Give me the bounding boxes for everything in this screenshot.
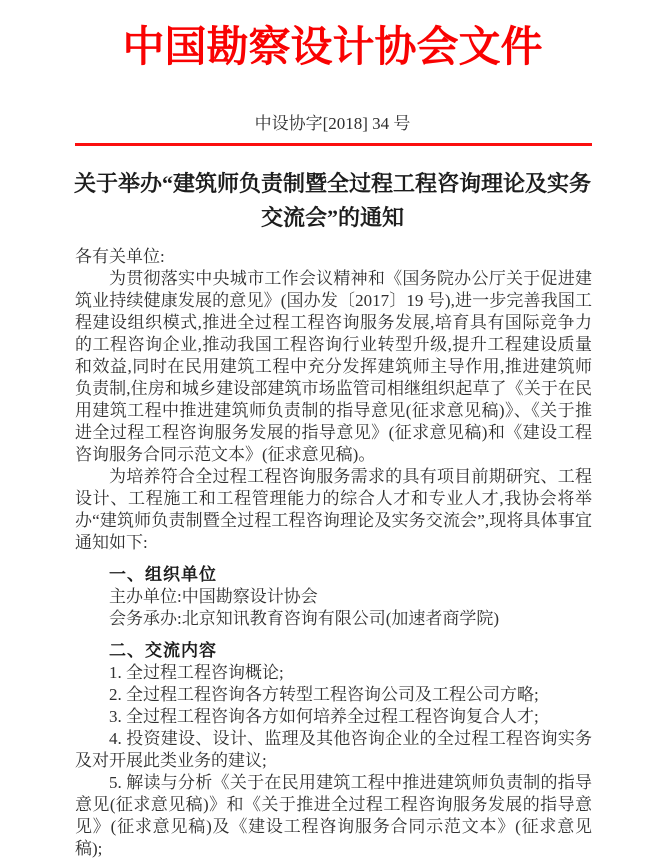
notice-title-line-2: 交流会”的通知: [40, 201, 625, 235]
document-number: 中设协字[2018] 34 号: [0, 114, 665, 134]
salutation: 各有关单位:: [75, 246, 592, 268]
content-item-3: 3. 全过程工程咨询各方如何培养全过程工程咨询复合人才;: [75, 706, 592, 728]
intro-paragraph-2: 为培养符合全过程工程咨询服务需求的具有项目前期研究、工程设计、工程施工和工程管理…: [75, 466, 592, 554]
organizer-host-line: 主办单位:中国勘察设计协会: [75, 586, 592, 608]
letterhead-title: 中国勘察设计协会文件: [0, 25, 665, 72]
notice-title: 关于举办“建筑师负责制暨全过程工程咨询理论及实务 交流会”的通知: [40, 167, 625, 235]
section-heading-contents: 二、交流内容: [75, 640, 592, 662]
content-item-4: 4. 投资建设、设计、监理及其他咨询企业的全过程工程咨询实务及对开展此类业务的建…: [75, 728, 592, 772]
section-heading-organizers: 一、组织单位: [75, 564, 592, 586]
organizer-undertaker-line: 会务承办:北京知讯教育咨询有限公司(加速者商学院): [75, 608, 592, 630]
content-item-5: 5. 解读与分析《关于在民用建筑工程中推进建筑师负责制的指导意见(征求意见稿)》…: [75, 772, 592, 860]
notice-title-line-1: 关于举办“建筑师负责制暨全过程工程咨询理论及实务: [40, 167, 625, 201]
content-item-1: 1. 全过程工程咨询概论;: [75, 662, 592, 684]
document-page: 中国勘察设计协会文件 中设协字[2018] 34 号 关于举办“建筑师负责制暨全…: [0, 0, 665, 862]
page-number: 1: [0, 819, 665, 835]
document-body: 各有关单位: 为贯彻落实中央城市工作会议精神和《国务院办公厅关于促进建筑业持续健…: [75, 246, 592, 860]
intro-paragraph-1: 为贯彻落实中央城市工作会议精神和《国务院办公厅关于促进建筑业持续健康发展的意见》…: [75, 268, 592, 466]
red-divider: [75, 143, 592, 146]
content-item-2: 2. 全过程工程咨询各方转型工程咨询公司及工程公司方略;: [75, 684, 592, 706]
